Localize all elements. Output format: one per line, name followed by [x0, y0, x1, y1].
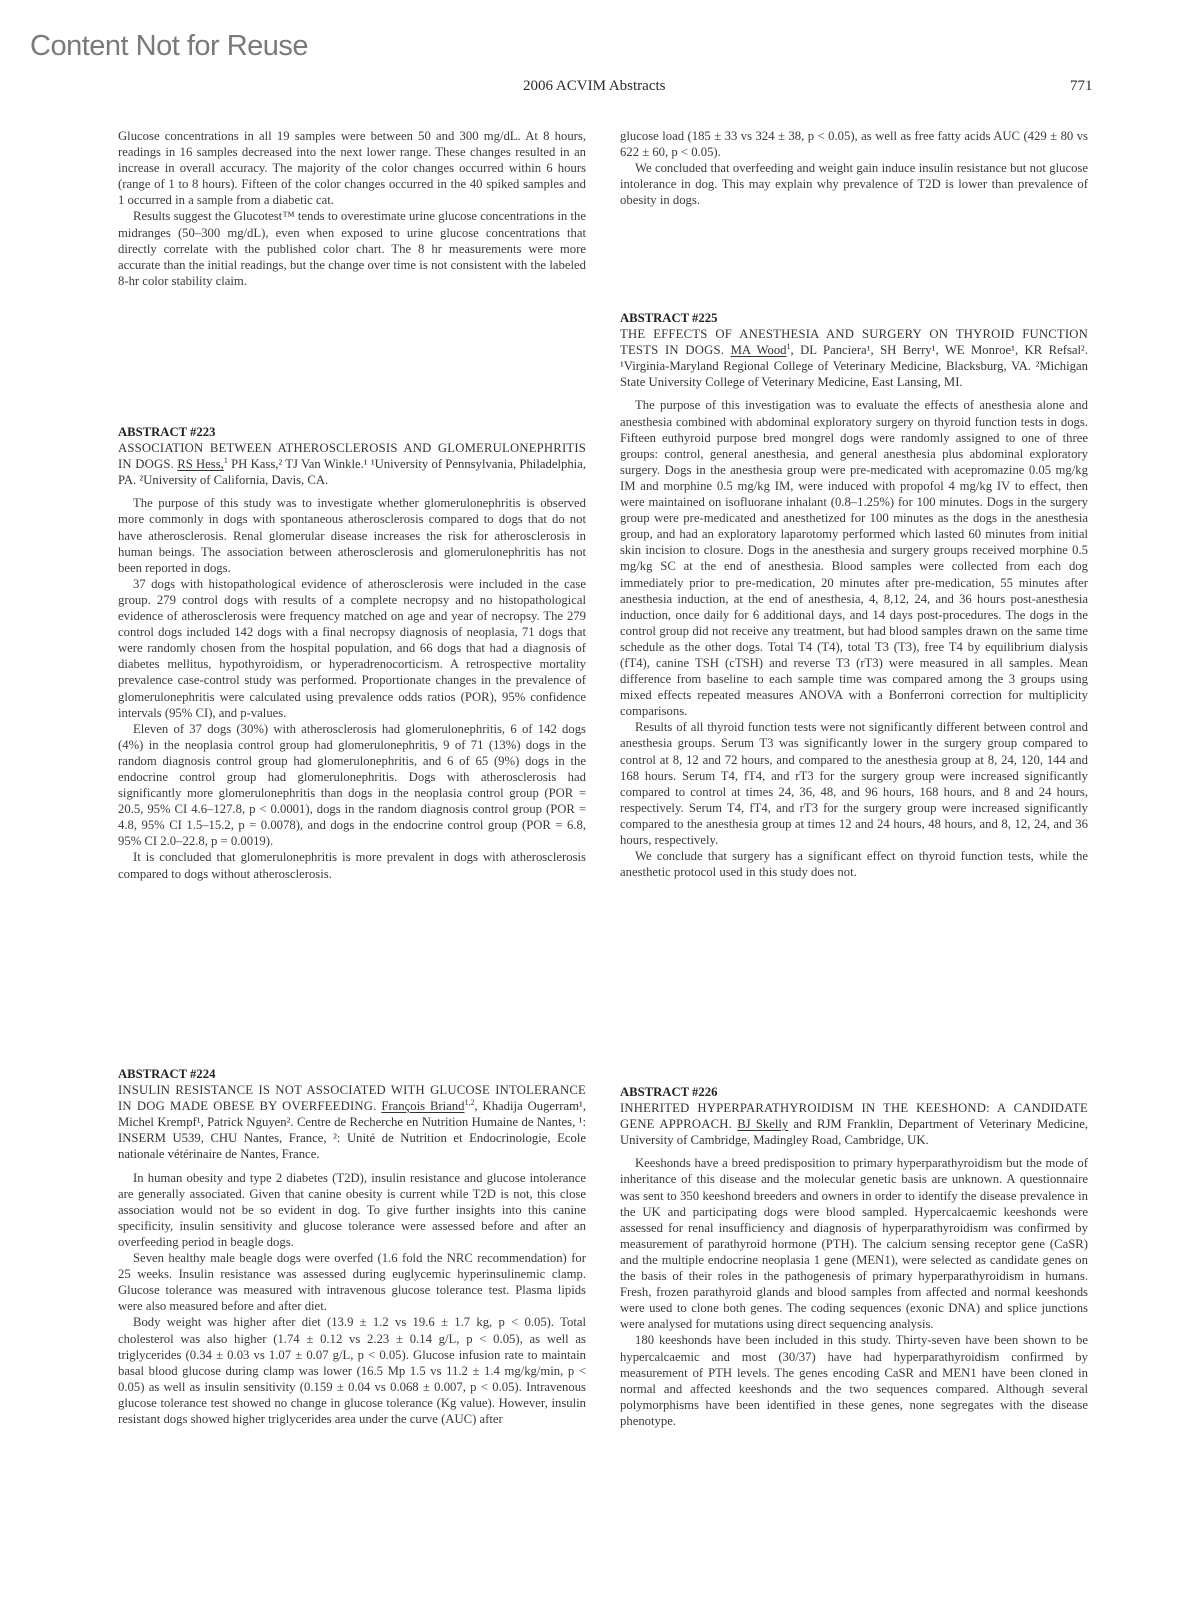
paragraph: Body weight was higher after diet (13.9 … [118, 1314, 586, 1427]
presenting-author: François Briand [381, 1099, 464, 1113]
running-head: 2006 ACVIM Abstracts 771 [0, 78, 1200, 100]
journal-section-title: 2006 ACVIM Abstracts [523, 78, 666, 95]
abstract-header: ABSTRACT #223 ASSOCIATION BETWEEN ATHERO… [118, 424, 586, 488]
abstract-title-authors: INHERITED HYPERPARATHYROIDISM IN THE KEE… [620, 1100, 1088, 1148]
paragraph: 180 keeshonds have been included in this… [620, 1332, 1088, 1429]
abstract-title-authors: INSULIN RESISTANCE IS NOT ASSOCIATED WIT… [118, 1082, 586, 1162]
abstract-title-authors: THE EFFECTS OF ANESTHESIA AND SURGERY ON… [620, 326, 1088, 390]
abstract-number: ABSTRACT #224 [118, 1066, 586, 1082]
paragraph: 37 dogs with histopathological evidence … [118, 576, 586, 721]
paragraph: Seven healthy male beagle dogs were over… [118, 1250, 586, 1314]
paragraph: The purpose of this investigation was to… [620, 397, 1088, 719]
abstract-header: ABSTRACT #226 INHERITED HYPERPARATHYROID… [620, 1084, 1088, 1148]
abstract-number: ABSTRACT #223 [118, 424, 586, 440]
paragraph: Eleven of 37 dogs (30%) with atheroscler… [118, 721, 586, 850]
abstract-header: ABSTRACT #225 THE EFFECTS OF ANESTHESIA … [620, 310, 1088, 390]
abstract-header: ABSTRACT #224 INSULIN RESISTANCE IS NOT … [118, 1066, 586, 1163]
affiliations: ¹Virginia-Maryland Regional College of V… [620, 359, 1088, 389]
abstract-226: ABSTRACT #226 INHERITED HYPERPARATHYROID… [620, 1084, 1088, 1429]
page-number: 771 [1070, 78, 1093, 95]
abstract-224: ABSTRACT #224 INSULIN RESISTANCE IS NOT … [118, 1066, 586, 1427]
paragraph: We concluded that overfeeding and weight… [620, 160, 1088, 208]
co-authors: , DL Panciera¹, SH Berry¹, WE Monroe¹, K… [791, 343, 1088, 357]
paragraph: The purpose of this study was to investi… [118, 495, 586, 575]
presenting-author: BJ Skelly [737, 1117, 788, 1131]
paragraph: We conclude that surgery has a significa… [620, 848, 1088, 880]
paragraph: It is concluded that glomerulonephritis … [118, 849, 586, 881]
abstract-title-authors: ASSOCIATION BETWEEN ATHEROSCLEROSIS AND … [118, 440, 586, 488]
co-authors: PH Kass,² TJ Van Winkle.¹ [228, 457, 368, 471]
abstract-number: ABSTRACT #225 [620, 310, 1088, 326]
paragraph: Glucose concentrations in all 19 samples… [118, 128, 586, 208]
paragraph: glucose load (185 ± 33 vs 324 ± 38, p < … [620, 128, 1088, 160]
continuation-previous-abstract: Glucose concentrations in all 19 samples… [118, 128, 586, 289]
affiliation-superscript: 1,2 [465, 1098, 475, 1107]
presenting-author: MA Wood [731, 343, 787, 357]
paragraph: Keeshonds have a breed predisposition to… [620, 1155, 1088, 1332]
presenting-author: RS Hess, [177, 457, 224, 471]
paragraph: Results of all thyroid function tests we… [620, 719, 1088, 848]
abstract-number: ABSTRACT #226 [620, 1084, 1088, 1100]
abstract-225: ABSTRACT #225 THE EFFECTS OF ANESTHESIA … [620, 310, 1088, 880]
co-authors: and RJM Franklin, [788, 1117, 893, 1131]
abstract-223: ABSTRACT #223 ASSOCIATION BETWEEN ATHERO… [118, 424, 586, 882]
paragraph: In human obesity and type 2 diabetes (T2… [118, 1170, 586, 1250]
watermark: Content Not for Reuse [30, 30, 308, 63]
continuation-abstract-224: glucose load (185 ± 33 vs 324 ± 38, p < … [620, 128, 1088, 208]
paragraph: Results suggest the Glucotest™ tends to … [118, 208, 586, 288]
